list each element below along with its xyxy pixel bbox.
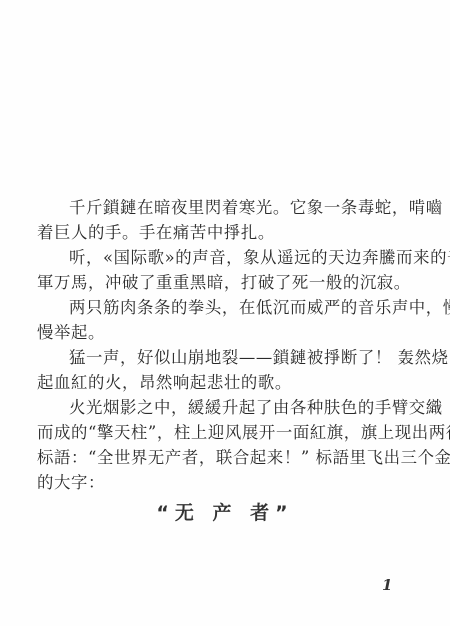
text-line: 而成的“擎天柱”，柱上迎风展开一面紅旗，旗上现出两行 bbox=[37, 423, 403, 443]
text-line: 猛一声，好似山崩地裂——鎖鏈被掙断了！ 轰然烧 bbox=[69, 348, 403, 368]
section-heading: “无 产 者” bbox=[0, 498, 450, 525]
text-line: 千斤鎖鏈在暗夜里閃着寒光。它象一条毒蛇，啃嚙 bbox=[69, 198, 403, 218]
text-line: 两只筋肉条条的拳头，在低沉而威严的音乐声中，慢 bbox=[69, 298, 403, 318]
text-line: 标語：“全世界无产者，联合起来！” 标語里飞出三个金色 bbox=[37, 448, 403, 468]
text-line: 慢举起。 bbox=[37, 323, 403, 343]
book-page: 千斤鎖鏈在暗夜里閃着寒光。它象一条毒蛇，啃嚙 着巨人的手。手在痛苦中掙扎。 听，… bbox=[0, 0, 450, 626]
text-line: 火光烟影之中，緩緩升起了由各种肤色的手臂交織 bbox=[69, 398, 403, 418]
text-line: 的大字： bbox=[37, 473, 403, 493]
page-number: 1 bbox=[382, 576, 392, 594]
text-line: 着巨人的手。手在痛苦中掙扎。 bbox=[37, 223, 403, 243]
text-line: 起血紅的火，昂然响起悲壮的歌。 bbox=[37, 373, 403, 393]
text-line: 軍万馬，冲破了重重黑暗，打破了死一般的沉寂。 bbox=[37, 273, 403, 293]
text-line: 听，«国际歌»的声音，象从遥远的天边奔騰而来的千 bbox=[69, 248, 403, 268]
